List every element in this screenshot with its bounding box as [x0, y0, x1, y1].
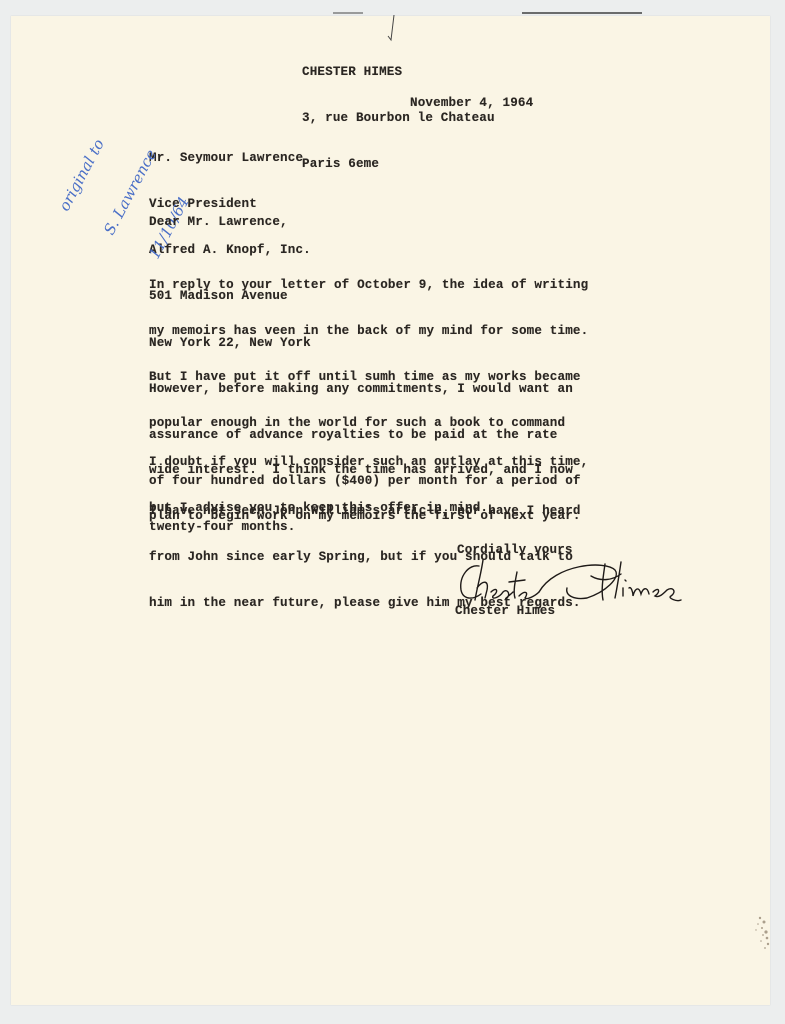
sender-address-line-1: 3, rue Bourbon le Chateau — [302, 111, 495, 126]
text-line: I have not seen John William's article, … — [149, 504, 581, 519]
sender-name: CHESTER HIMES — [302, 65, 495, 80]
handwritten-note-line: original to — [56, 123, 115, 214]
text-line: I doubt if you will consider such an out… — [149, 455, 588, 470]
letter-date: November 4, 1964 — [410, 96, 533, 111]
text-line: In reply to your letter of October 9, th… — [149, 278, 588, 293]
salutation: Dear Mr. Lawrence, — [149, 215, 288, 230]
top-edge-mark — [333, 12, 363, 14]
handwritten-signature — [455, 556, 690, 610]
paper-stain — [742, 910, 770, 960]
text-line: However, before making any commitments, … — [149, 382, 581, 397]
top-edge-mark — [522, 12, 642, 14]
text-line: my memoirs has veen in the back of my mi… — [149, 324, 588, 339]
sender-address-line-2: Paris 6eme — [302, 157, 495, 172]
typed-signature-name: Chester Himes — [455, 604, 555, 619]
